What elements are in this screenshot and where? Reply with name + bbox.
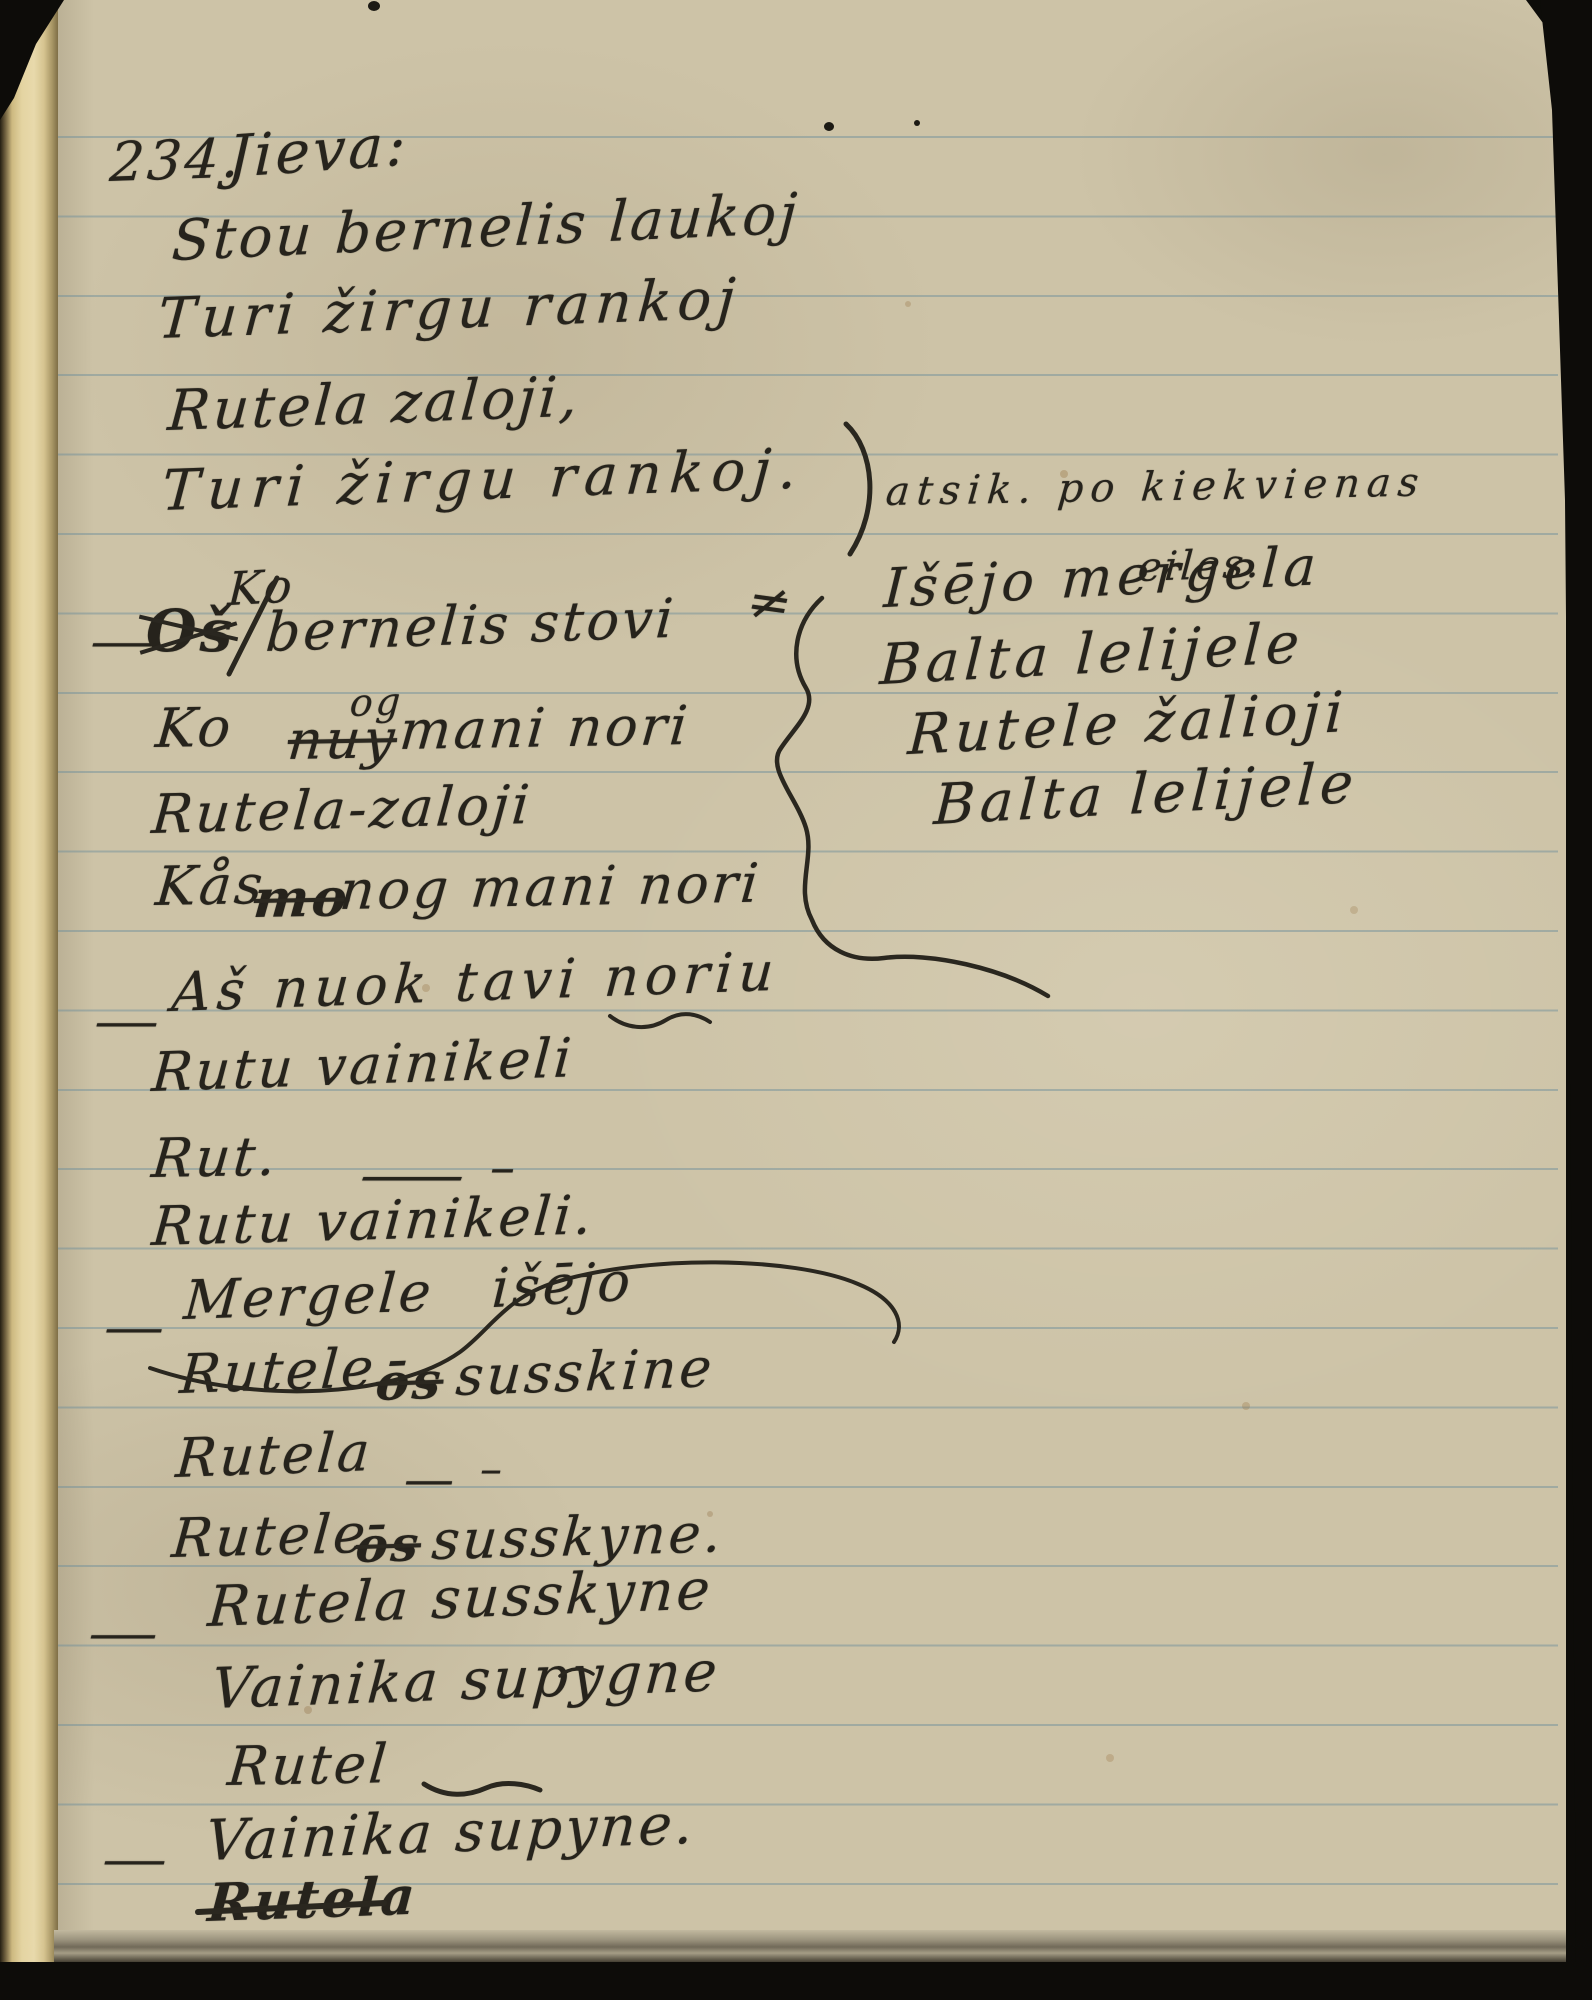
verse-word: Kås xyxy=(154,858,268,914)
verse-word: Rut. xyxy=(150,1130,281,1186)
verse-line: Rutela-zaloji xyxy=(150,778,534,842)
verse-line: nog mani nori xyxy=(338,857,764,918)
binding-spine-edge xyxy=(0,0,58,1964)
verse-word: Rutela xyxy=(174,1425,374,1486)
verse-word: Rutel xyxy=(226,1737,392,1794)
strikethrough-word: Rutela xyxy=(206,1871,419,1930)
ditto-dash: — xyxy=(404,1454,457,1504)
song-title: Jieva: xyxy=(227,115,410,186)
inserted-word: og xyxy=(349,682,405,722)
stanza-dash-mark: — xyxy=(94,996,163,1046)
verse-word: Rutele xyxy=(170,1507,371,1566)
verse-line: bernelis stovi xyxy=(264,592,678,660)
verse-word: Mergele xyxy=(182,1265,435,1328)
paper-specks xyxy=(0,0,4,4)
verse-word: Ko xyxy=(154,701,236,756)
page-bottom-edge xyxy=(54,1930,1566,1964)
scribbled-word: Oš xyxy=(146,597,235,665)
stanza-dash-mark: — xyxy=(88,1608,162,1658)
verse-line: Rutu vainikeli. xyxy=(150,1188,597,1254)
ditto-dash: – xyxy=(480,1448,505,1492)
stanza-dash-mark: — xyxy=(104,1302,168,1352)
ink-dot xyxy=(914,120,920,126)
margin-annotation: atsik. po kiekvienas xyxy=(884,463,1427,512)
verse-word: išējo xyxy=(491,1254,635,1316)
song-number: 234. xyxy=(108,131,244,190)
verse-line: Rutu vainikeli xyxy=(150,1031,576,1100)
ink-dot xyxy=(824,122,834,131)
scan-edge-bottom xyxy=(0,1962,1592,2000)
verse-word: susskine xyxy=(454,1341,716,1404)
verse-line: Vainika supyne. xyxy=(204,1797,698,1870)
ink-dot xyxy=(368,1,380,11)
verse-word: Rutele xyxy=(178,1341,378,1402)
notebook-page-scan: 234. Jieva: Stou bernelis laukoj Turi ži… xyxy=(0,0,1592,2000)
verse-line: mani nori xyxy=(398,699,693,758)
stanza-dash-mark: — xyxy=(102,1834,171,1884)
strikethrough-word: ōs xyxy=(374,1356,445,1409)
strikethrough-word: ōs xyxy=(354,1520,423,1570)
verse-line: Rutela zaloji, xyxy=(166,370,582,441)
